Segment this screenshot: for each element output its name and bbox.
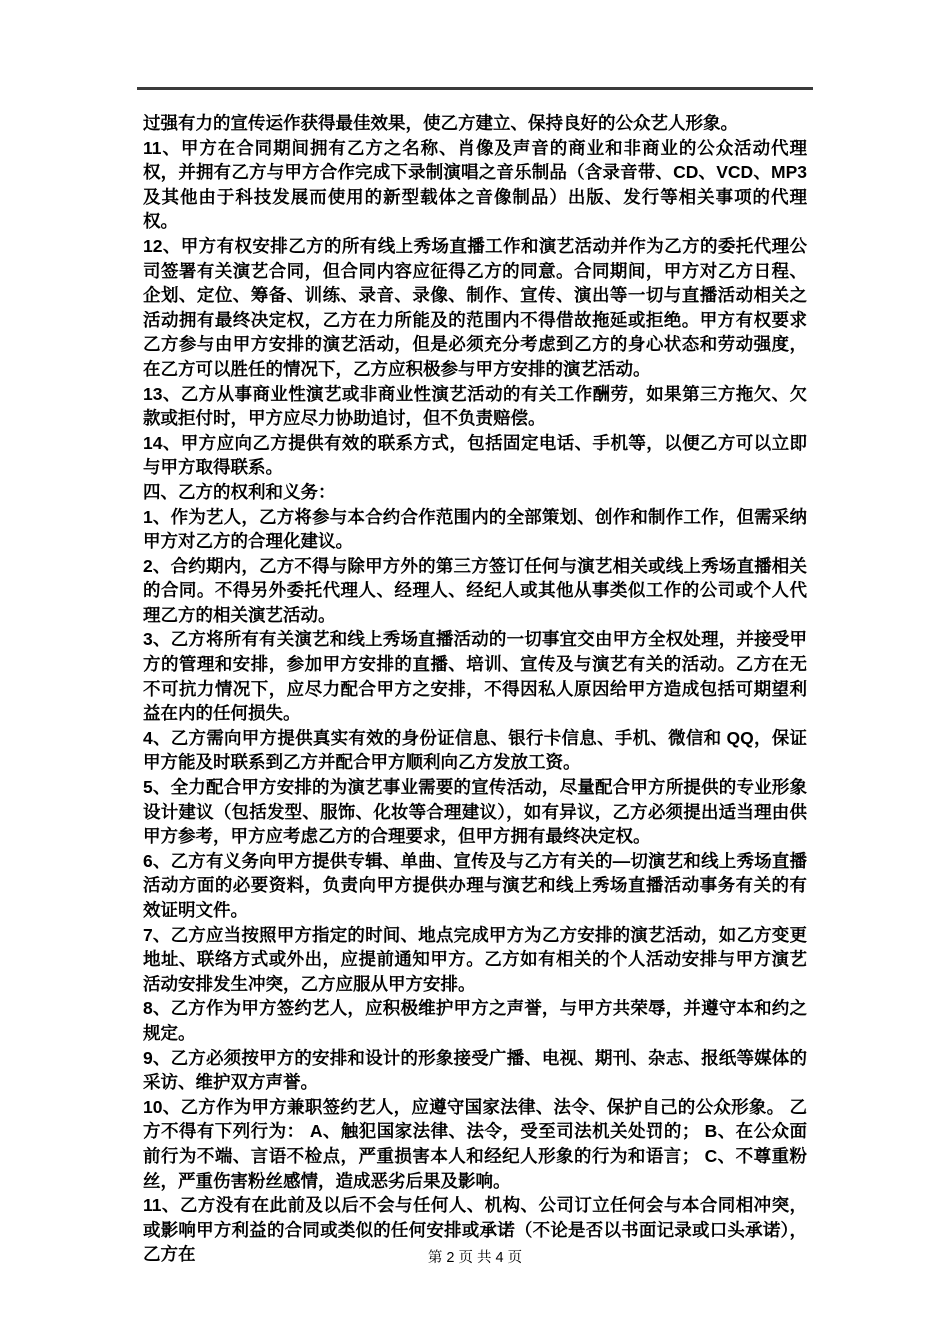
contract-clause-7-party-b: 7、乙方应当按照甲方指定的时间、地点完成甲方为乙方安排的演艺活动，如乙方变更地址… <box>143 923 807 997</box>
contract-clause-13-party-a: 13、乙方从事商业性演艺或非商业性演艺活动的有关工作酬劳，如果第三方拖欠、欠款或… <box>143 382 807 431</box>
contract-clause-11-party-a: 11、甲方在合同期间拥有乙方之名称、肖像及声音的商业和非商业的公众活动代理权，并… <box>143 136 807 234</box>
contract-clause-6-party-b: 6、乙方有义务向甲方提供专辑、单曲、宣传及与乙方有关的—切演艺和线上秀场直播活动… <box>143 849 807 923</box>
contract-page: 过强有力的宣传运作获得最佳效果，使乙方建立、保持良好的公众艺人形象。 11、甲方… <box>0 0 950 1344</box>
contract-clause-12-party-a: 12、甲方有权安排乙方的所有线上秀场直播工作和演艺活动并作为乙方的委托代理公司签… <box>143 234 807 382</box>
contract-clause-4-party-b: 4、乙方需向甲方提供真实有效的身份证信息、银行卡信息、手机、微信和 QQ，保证甲… <box>143 726 807 775</box>
header-rule <box>137 87 813 90</box>
contract-clause-10-party-b: 10、乙方作为甲方兼职签约艺人，应遵守国家法律、法令、保护自己的公众形象。 乙方… <box>143 1095 807 1193</box>
contract-clause-2-party-b: 2、合约期内，乙方不得与除甲方外的第三方签订任何与演艺相关或线上秀场直播相关的合… <box>143 554 807 628</box>
contract-clause-1-party-b: 1、作为艺人，乙方将参与本合约合作范围内的全部策划、创作和制作工作，但需采纳甲方… <box>143 505 807 554</box>
page-number: 第 2 页 共 4 页 <box>0 1246 950 1267</box>
contract-clause-5-party-b: 5、全力配合甲方安排的为演艺事业需要的宣传活动，尽量配合甲方所提供的专业形象设计… <box>143 775 807 849</box>
document-body: 过强有力的宣传运作获得最佳效果，使乙方建立、保持良好的公众艺人形象。 11、甲方… <box>143 111 807 1267</box>
contract-paragraph: 过强有力的宣传运作获得最佳效果，使乙方建立、保持良好的公众艺人形象。 <box>143 111 807 136</box>
section-heading-party-b-rights: 四、乙方的权利和义务： <box>143 480 807 505</box>
contract-clause-9-party-b: 9、乙方必须按甲方的安排和设计的形象接受广播、电视、期刊、杂志、报纸等媒体的采访… <box>143 1046 807 1095</box>
contract-clause-3-party-b: 3、乙方将所有有关演艺和线上秀场直播活动的一切事宜交由甲方全权处理，并接受甲方的… <box>143 627 807 725</box>
contract-clause-8-party-b: 8、乙方作为甲方签约艺人，应积极维护甲方之声誉，与甲方共荣辱，并遵守本和约之规定… <box>143 996 807 1045</box>
contract-clause-14-party-a: 14、甲方应向乙方提供有效的联系方式，包括固定电话、手机等，以便乙方可以立即与甲… <box>143 431 807 480</box>
